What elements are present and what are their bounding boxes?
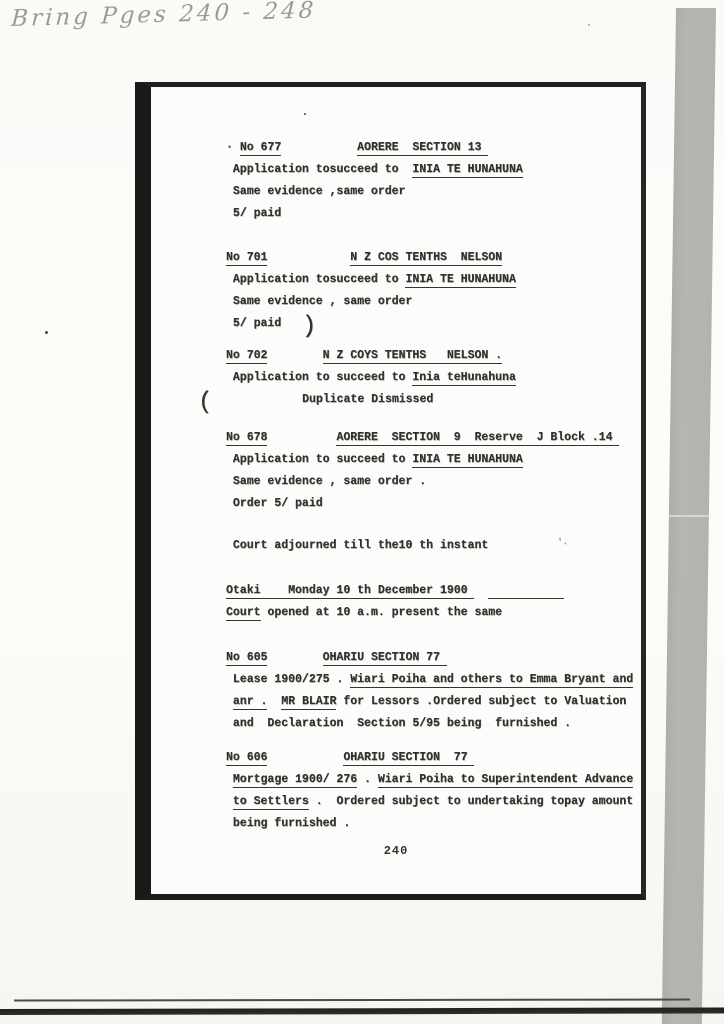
underlined-text: AORERE SECTION 13 (357, 141, 488, 156)
scanner-edge-strip (662, 8, 716, 1024)
text-line: Application tosucceed to INIA TE HUNAHUN… (226, 159, 637, 181)
text-segment (281, 141, 357, 154)
underlined-text: No 678 (226, 431, 267, 446)
text-segment: Duplicate Dismissed (302, 393, 433, 406)
text-segment (488, 539, 557, 552)
text-segment: Same evidence , same order . (226, 475, 426, 488)
underlined-text: INIA TE HUNAHUNA (412, 163, 522, 178)
text-line: 5/ paid ) (226, 313, 637, 335)
text-segment: ) (302, 313, 316, 340)
text-segment (474, 584, 488, 597)
text-line: No 701 N Z COS TENTHS NELSON (226, 247, 637, 269)
underlined-text: OHARIU SECTION 77 (343, 751, 474, 766)
text-segment: for Lessors .Ordered subject to Valuatio… (336, 695, 626, 708)
text-segment: Application tosucceed to (226, 163, 412, 176)
text-line: Order 5/ paid (226, 493, 637, 515)
text-segment: being furnished . (226, 817, 350, 830)
entry-otaki-sitting: Otaki Monday 10 th December 1900 Court o… (226, 580, 637, 624)
text-line: Court adjourned till the10 th instant '. (226, 531, 637, 557)
underlined-text: OHARIU SECTION 77 (323, 651, 447, 666)
text-line: Court opened at 10 a.m. present the same (226, 602, 637, 624)
text-line: anr . MR BLAIR for Lessors .Ordered subj… (226, 691, 637, 713)
underlined-text: No 702 (226, 349, 267, 364)
text-line: No 605 OHARIU SECTION 77 (226, 647, 637, 669)
text-line: Application to succeed to Inia teHunahun… (226, 367, 637, 389)
entry-court-adjourned: Court adjourned till the10 th instant '. (226, 531, 637, 557)
text-segment: . (357, 773, 378, 786)
underlined-text (488, 584, 564, 599)
text-line: · No 677 AORERE SECTION 13 (226, 137, 637, 159)
text-line: Lease 1900/275 . Wiari Poiha and others … (226, 669, 637, 691)
text-segment (267, 651, 322, 664)
text-segment (267, 751, 343, 764)
text-segment (226, 773, 233, 786)
underlined-text: No 606 (226, 751, 267, 766)
text-line: No 606 OHARIU SECTION 77 (226, 747, 637, 769)
text-segment: 5/ paid (226, 317, 302, 330)
entry-no-677: · No 677 AORERE SECTION 13 Application t… (226, 137, 637, 225)
entry-no-701: No 701 N Z COS TENTHS NELSON Application… (226, 247, 637, 335)
page-number: 240 (151, 844, 641, 858)
text-segment (267, 349, 322, 362)
text-line: Application to succeed to INIA TE HUNAHU… (226, 449, 637, 471)
scan-speck (45, 331, 48, 334)
underlined-text: INIA TE HUNAHUNA (412, 453, 522, 468)
underlined-text: Wiari Poiha and others to Emma Bryant an… (350, 673, 633, 688)
underlined-text: Inia teHunahuna (412, 371, 516, 386)
text-segment (267, 251, 350, 264)
text-segment: Court adjourned till the10 th instant (226, 539, 488, 552)
document-entries: · No 677 AORERE SECTION 13 Application t… (226, 137, 637, 835)
bottom-rule-thin (14, 999, 690, 1002)
underlined-text: No 701 (226, 251, 267, 266)
text-segment: Application tosucceed to (226, 273, 405, 286)
entry-no-702: No 702 N Z COYS TENTHS NELSON . Applicat… (226, 345, 637, 411)
underlined-text: Wiari Poiha to Superintendent Advance (378, 773, 633, 788)
text-line: ( Duplicate Dismissed (198, 389, 637, 411)
underlined-text: No 605 (226, 651, 267, 666)
entry-no-678: No 678 AORERE SECTION 9 Reserve J Block … (226, 427, 637, 515)
handwritten-note: Bring Pges 240 - 248 (10, 0, 317, 32)
underlined-text: N Z COS TENTHS NELSON (350, 251, 502, 266)
text-segment: · (226, 141, 240, 154)
underlined-text: Court (226, 606, 261, 621)
text-segment: and Declaration Section 5/95 being furni… (226, 717, 571, 730)
scan-speck (588, 24, 590, 26)
text-line: Same evidence , same order (226, 291, 637, 313)
text-line: being furnished . (226, 813, 637, 835)
text-segment (226, 795, 233, 808)
text-segment: Lease 1900/275 . (226, 673, 350, 686)
entry-no-605: No 605 OHARIU SECTION 77 Lease 1900/275 … (226, 647, 637, 735)
text-line: No 678 AORERE SECTION 9 Reserve J Block … (226, 427, 637, 449)
scanned-page-frame: · No 677 AORERE SECTION 13 Application t… (135, 82, 646, 900)
text-line: and Declaration Section 5/95 being furni… (226, 713, 637, 735)
entry-no-606: No 606 OHARIU SECTION 77 Mortgage 1900/ … (226, 747, 637, 835)
text-segment: . Ordered subject to undertaking topay a… (309, 795, 633, 808)
text-line: Application tosucceed to INIA TE HUNAHUN… (226, 269, 637, 291)
text-segment (267, 695, 281, 708)
text-segment (226, 695, 233, 708)
text-line: 5/ paid (226, 203, 637, 225)
text-segment (267, 431, 336, 444)
underlined-text: Mortgage 1900/ 276 (233, 773, 357, 788)
underlined-text: AORERE SECTION 9 Reserve J Block .14 (336, 431, 619, 446)
underlined-text: N Z COYS TENTHS NELSON . (323, 349, 502, 364)
text-line: to Settlers . Ordered subject to underta… (226, 791, 637, 813)
text-segment: '. (557, 537, 568, 547)
text-segment: Application to succeed to (226, 453, 412, 466)
text-segment: Same evidence , same order (226, 295, 412, 308)
text-segment: opened at 10 a.m. present the same (261, 606, 503, 619)
text-line: Same evidence ,same order (226, 181, 637, 203)
text-segment: Application to succeed to (226, 371, 412, 384)
text-segment (212, 393, 302, 406)
text-segment: 5/ paid (226, 207, 281, 220)
text-segment: Same evidence ,same order (226, 185, 405, 198)
bottom-rule-thick (0, 1007, 724, 1015)
text-line: No 702 N Z COYS TENTHS NELSON . (226, 345, 637, 367)
text-line: Otaki Monday 10 th December 1900 (226, 580, 637, 602)
text-segment: Order 5/ paid (226, 497, 323, 510)
text-segment: ( (198, 389, 212, 416)
strip-seam (669, 515, 709, 517)
underlined-text: MR BLAIR (281, 695, 336, 710)
underlined-text: INIA TE HUNAHUNA (405, 273, 515, 288)
scan-speck (304, 113, 306, 115)
underlined-text: anr . (233, 695, 268, 710)
underlined-text: to Settlers (233, 795, 309, 810)
underlined-text: Otaki Monday 10 th December 1900 (226, 584, 474, 599)
text-line: Same evidence , same order . (226, 471, 637, 493)
text-line: Mortgage 1900/ 276 . Wiari Poiha to Supe… (226, 769, 637, 791)
underlined-text: No 677 (240, 141, 281, 156)
